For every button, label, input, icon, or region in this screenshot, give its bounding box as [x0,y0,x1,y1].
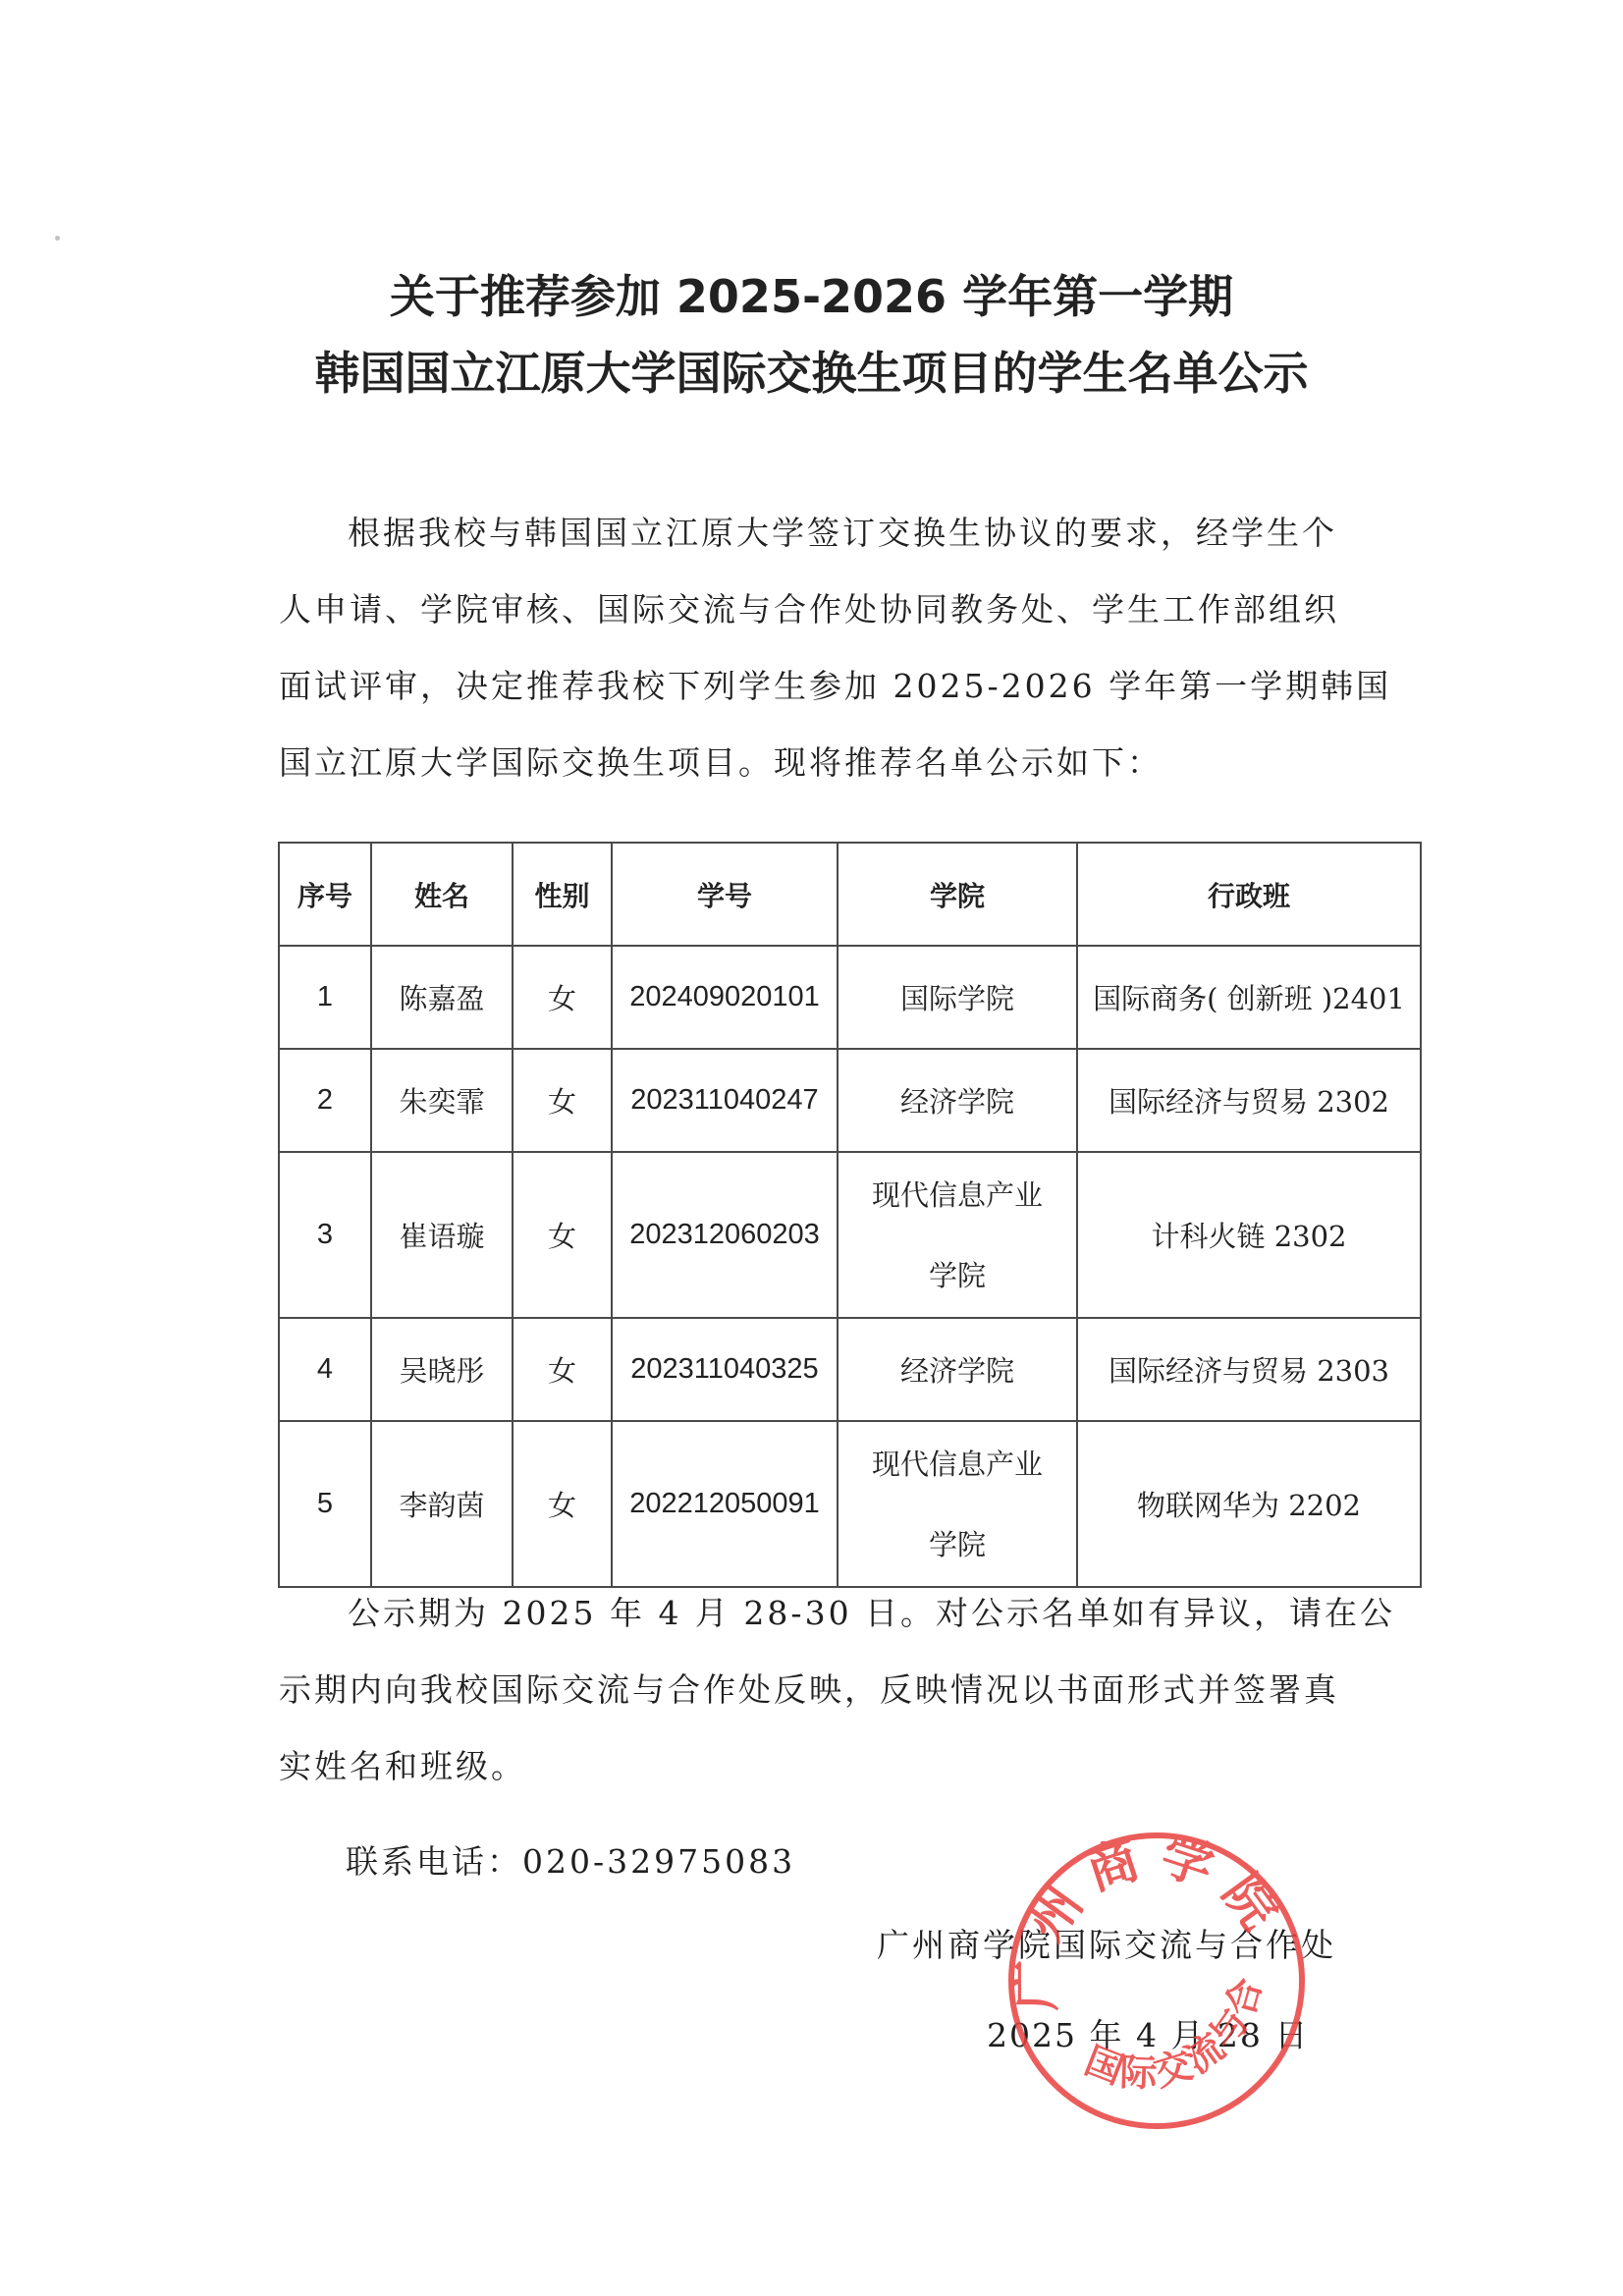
college-line2: 学院 [839,1235,1076,1316]
cell-gender: 女 [513,1049,612,1152]
header-student-id: 学号 [612,843,838,946]
scan-speck [55,236,60,241]
cell-no: 2 [279,1049,371,1152]
signer-office: 广州商学院国际交流与合作处 [877,1920,1336,1966]
header-college: 学院 [838,843,1077,946]
cell-no: 5 [279,1421,371,1587]
intro-line: 国立江原大学国际交换生项目。现将推荐名单公示如下： [279,725,1359,801]
table-row: 2 朱奕霏 女 202311040247 经济学院 国际经济与贸易 2302 [279,1049,1421,1152]
cell-name: 崔语璇 [371,1152,513,1318]
cell-class: 国际经济与贸易 2303 [1077,1318,1421,1421]
cell-college: 现代信息产业 学院 [838,1152,1077,1318]
cell-gender: 女 [513,1421,612,1587]
college-line2: 学院 [839,1504,1076,1585]
intro-line: 人申请、学院审核、国际交流与合作处协同教务处、学生工作部组织 [279,572,1359,648]
notice-line: 实姓名和班级。 [279,1728,1359,1805]
cell-college: 经济学院 [838,1049,1077,1152]
cell-student-id: 202312060203 [612,1152,838,1318]
cell-no: 3 [279,1152,371,1318]
cell-college: 国际学院 [838,946,1077,1049]
document-title-line1: 关于推荐参加 2025-2026 学年第一学期 [0,261,1623,326]
header-no: 序号 [279,843,371,946]
cell-name: 朱奕霏 [371,1049,513,1152]
cell-student-id: 202311040247 [612,1049,838,1152]
cell-college: 现代信息产业 学院 [838,1421,1077,1587]
cell-name: 李韵茵 [371,1421,513,1587]
cell-college: 经济学院 [838,1318,1077,1421]
college-line1: 现代信息产业 [839,1155,1076,1235]
cell-student-id: 202311040325 [612,1318,838,1421]
cell-student-id: 202212050091 [612,1421,838,1587]
contact-phone: 联系电话：020-32975083 [346,1836,795,1883]
cell-class: 计科火链 2302 [1077,1152,1421,1318]
table-row: 1 陈嘉盈 女 202409020101 国际学院 国际商务( 创新班 )240… [279,946,1421,1049]
header-class: 行政班 [1077,843,1421,946]
cell-name: 吴晓彤 [371,1318,513,1421]
cell-class: 国际商务( 创新班 )2401 [1077,946,1421,1049]
table-row: 4 吴晓彤 女 202311040325 经济学院 国际经济与贸易 2303 [279,1318,1421,1421]
header-name: 姓名 [371,843,513,946]
cell-no: 1 [279,946,371,1049]
cell-no: 4 [279,1318,371,1421]
cell-class: 国际经济与贸易 2302 [1077,1049,1421,1152]
cell-gender: 女 [513,1152,612,1318]
header-gender: 性别 [513,843,612,946]
intro-paragraph: 根据我校与韩国国立江原大学签订交换生协议的要求，经学生个 人申请、学院审核、国际… [279,495,1359,801]
notice-paragraph: 公示期为 2025 年 4 月 28-30 日。对公示名单如有异议，请在公 示期… [279,1575,1359,1805]
intro-line: 根据我校与韩国国立江原大学签订交换生协议的要求，经学生个 [279,495,1359,572]
student-list-table: 序号 姓名 性别 学号 学院 行政班 1 陈嘉盈 女 202409020101 … [278,842,1422,1588]
svg-text:国际交流与合作处: 国际交流与合作处 [1014,1838,1271,2096]
cell-name: 陈嘉盈 [371,946,513,1049]
college-line1: 现代信息产业 [839,1424,1076,1504]
cell-gender: 女 [513,946,612,1049]
notice-line: 公示期为 2025 年 4 月 28-30 日。对公示名单如有异议，请在公 [279,1575,1359,1652]
document-title-line2: 韩国国立江原大学国际交换生项目的学生名单公示 [0,338,1623,403]
table-header-row: 序号 姓名 性别 学号 学院 行政班 [279,843,1421,946]
cell-student-id: 202409020101 [612,946,838,1049]
cell-class: 物联网华为 2202 [1077,1421,1421,1587]
official-seal-stamp: 广州商学院 国际交流与合作处 [1008,1832,1305,2129]
notice-line: 示期内向我校国际交流与合作处反映，反映情况以书面形式并签署真 [279,1652,1359,1728]
intro-line: 面试评审，决定推荐我校下列学生参加 2025-2026 学年第一学期韩国 [279,648,1359,725]
cell-gender: 女 [513,1318,612,1421]
table-row: 5 李韵茵 女 202212050091 现代信息产业 学院 物联网华为 220… [279,1421,1421,1587]
seal-text-icon: 广州商学院 国际交流与合作处 [1014,1838,1299,2123]
table-row: 3 崔语璇 女 202312060203 现代信息产业 学院 计科火链 2302 [279,1152,1421,1318]
signature-date: 2025 年 4 月 28 日 [987,2010,1309,2056]
